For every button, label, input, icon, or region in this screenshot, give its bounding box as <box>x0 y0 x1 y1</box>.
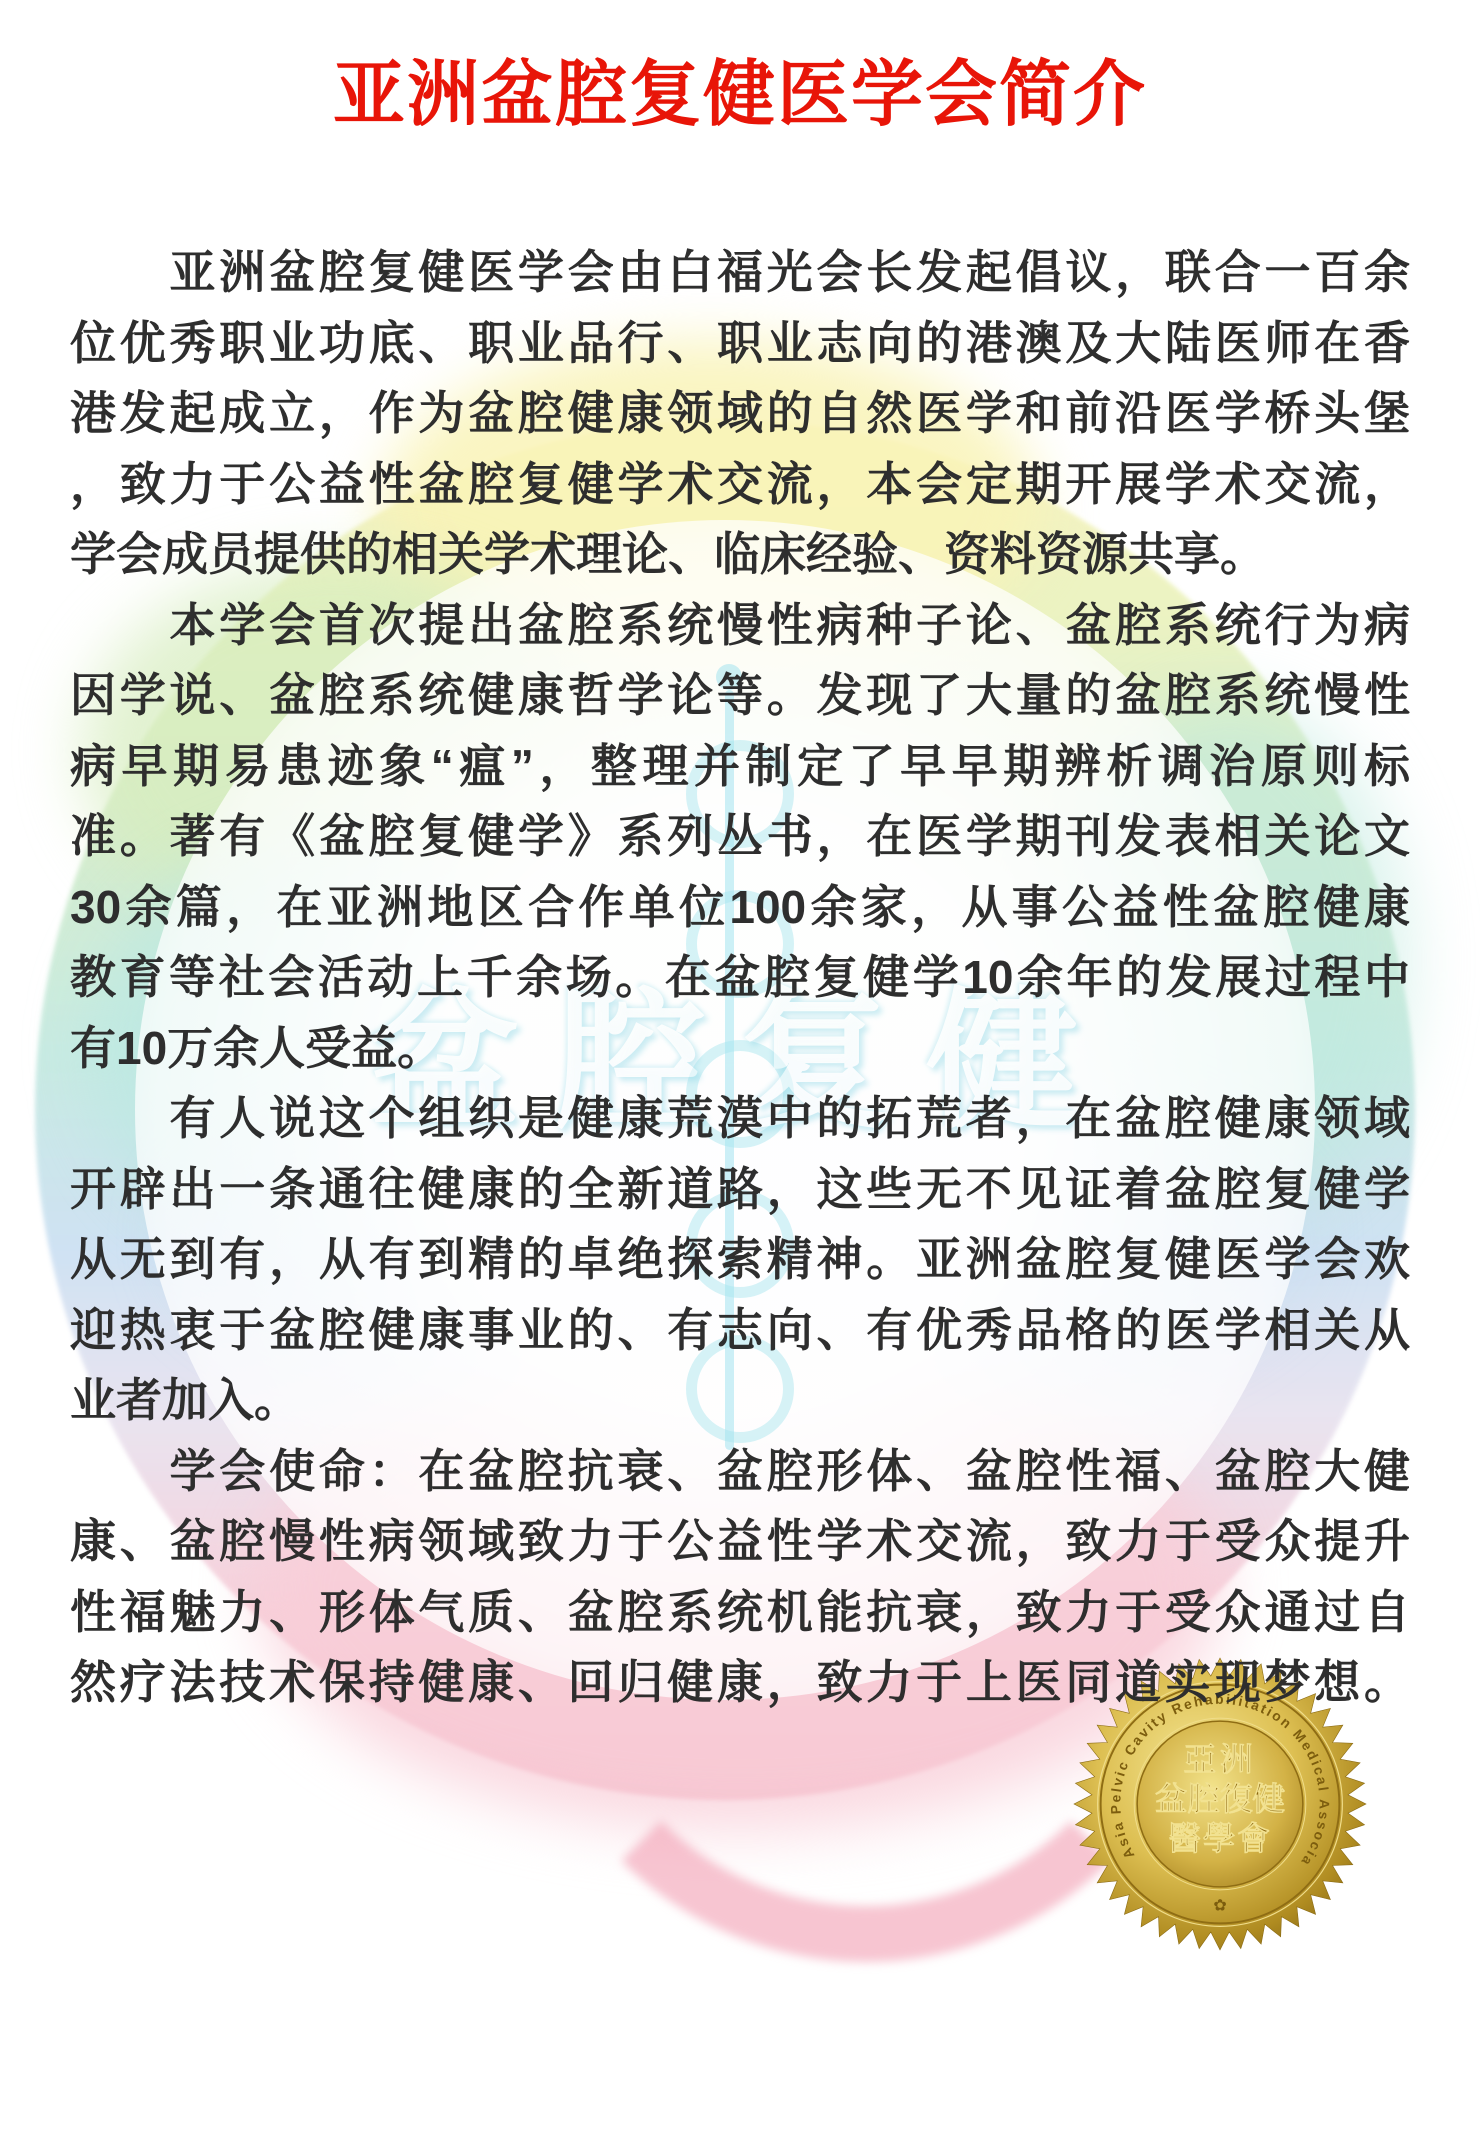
text-line: 位优秀职业功底、职业品行、职业志向的港澳及大陆医师在香 <box>70 308 1410 379</box>
document-page: 盆腔复健 <box>0 0 1480 2129</box>
text-line: 学会成员提供的相关学术理论、临床经验、资料资源共享。 <box>70 519 1410 590</box>
text-line: 有10万余人受益。 <box>70 1013 1410 1084</box>
page-title: 亚洲盆腔复健医学会简介 <box>0 55 1480 135</box>
text-line: 教育等社会活动上千余场。在盆腔复健学10余年的发展过程中 <box>70 942 1410 1013</box>
text-line: 开辟出一条通往健康的全新道路，这些无不见证着盆腔复健学 <box>70 1154 1410 1225</box>
text-line: 亚洲盆腔复健医学会由白福光会长发起倡议，联合一百余 <box>70 237 1410 308</box>
text-line: 业者加入。 <box>70 1365 1410 1436</box>
paragraph: 亚洲盆腔复健医学会由白福光会长发起倡议，联合一百余位优秀职业功底、职业品行、职业… <box>70 237 1410 590</box>
paragraph: 有人说这个组织是健康荒漠中的拓荒者，在盆腔健康领域开辟出一条通往健康的全新道路，… <box>70 1083 1410 1436</box>
text-line: 30余篇，在亚洲地区合作单位100余家，从事公益性盆腔健康 <box>70 872 1410 943</box>
text-line: 康、盆腔慢性病领域致力于公益性学术交流，致力于受众提升 <box>70 1506 1410 1577</box>
text-line: 病早期易患迹象“瘟”，整理并制定了早早期辨析调治原则标 <box>70 731 1410 802</box>
paragraph: 本学会首次提出盆腔系统慢性病种子论、盆腔系统行为病因学说、盆腔系统健康哲学论等。… <box>70 590 1410 1084</box>
text-line: 学会使命：在盆腔抗衰、盆腔形体、盆腔性福、盆腔大健 <box>70 1436 1410 1507</box>
text-line: 有人说这个组织是健康荒漠中的拓荒者，在盆腔健康领域 <box>70 1083 1410 1154</box>
text-line: 性福魅力、形体气质、盆腔系统机能抗衰，致力于受众通过自 <box>70 1577 1410 1648</box>
text-line: 本学会首次提出盆腔系统慢性病种子论、盆腔系统行为病 <box>70 590 1410 661</box>
text-line: 从无到有，从有到精的卓绝探索精神。亚洲盆腔复健医学会欢 <box>70 1224 1410 1295</box>
text-line: 港发起成立，作为盆腔健康领域的自然医学和前沿医学桥头堡 <box>70 378 1410 449</box>
text-line: 准。著有《盆腔复健学》系列丛书，在医学期刊发表相关论文 <box>70 801 1410 872</box>
text-line: 因学说、盆腔系统健康哲学论等。发现了大量的盆腔系统慢性 <box>70 660 1410 731</box>
paragraph: 学会使命：在盆腔抗衰、盆腔形体、盆腔性福、盆腔大健康、盆腔慢性病领域致力于公益性… <box>70 1436 1410 1718</box>
text-line: 然疗法技术保持健康、回归健康，致力于上医同道实现梦想。 <box>70 1647 1410 1718</box>
text-line: 迎热衷于盆腔健康事业的、有志向、有优秀品格的医学相关从 <box>70 1295 1410 1366</box>
body-paragraphs: 亚洲盆腔复健医学会由白福光会长发起倡议，联合一百余位优秀职业功底、职业品行、职业… <box>70 237 1410 1718</box>
text-line: ，致力于公益性盆腔复健学术交流，本会定期开展学术交流， <box>70 449 1410 520</box>
document-content: 亚洲盆腔复健医学会简介 亚洲盆腔复健医学会由白福光会长发起倡议，联合一百余位优秀… <box>0 0 1480 2129</box>
